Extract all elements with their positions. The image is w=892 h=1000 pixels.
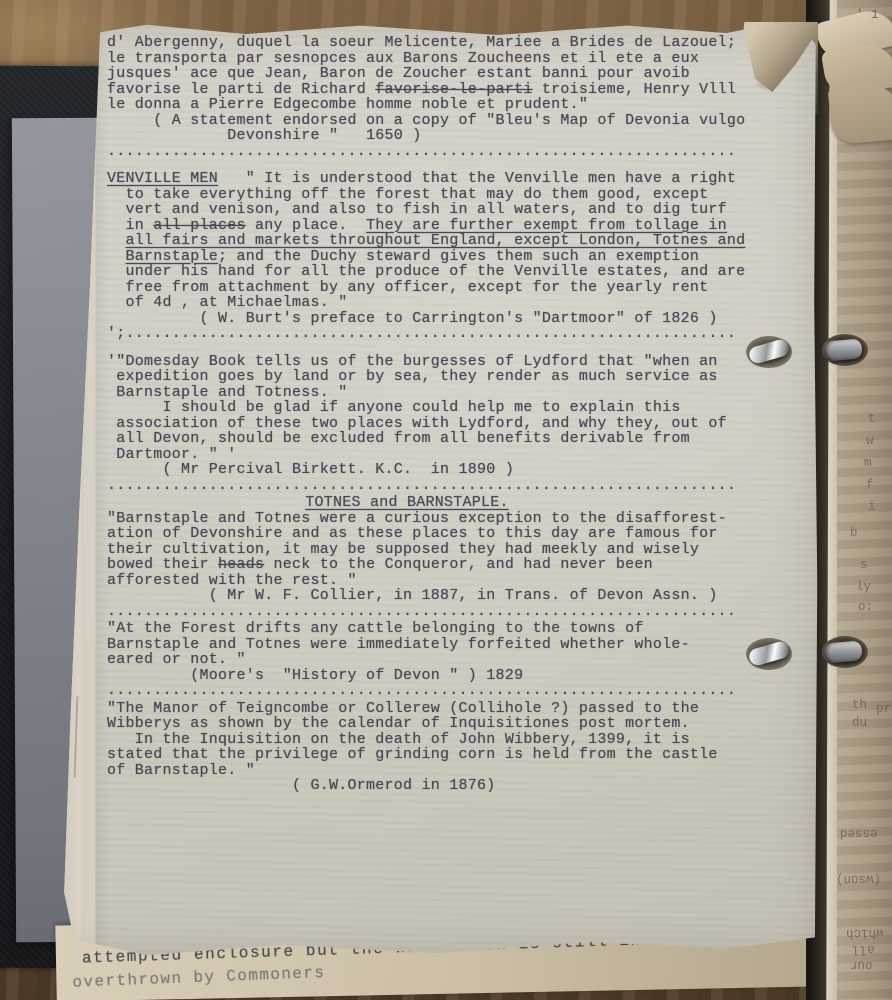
- text-segment: troisieme, Henry Vlll: [533, 81, 737, 98]
- text-segment: d' Abergenny, duquel la soeur Melicente,…: [107, 34, 736, 51]
- pencil-mark: [74, 696, 79, 778]
- page-fragment-text: (wson): [836, 872, 881, 886]
- text-line: expedition goes by land or by sea, they …: [107, 369, 797, 385]
- page-fragment-text: b: [850, 526, 858, 540]
- underlying-text-line: overthrown by Commoners: [72, 964, 326, 992]
- text-line: ( G.W.Ormerod in 1876): [107, 778, 797, 794]
- dotted-separator: ........................................…: [107, 604, 797, 620]
- page-stack-torn-layer: [828, 81, 892, 145]
- paragraph: "Barnstaple and Totnes were a curious ex…: [107, 511, 797, 604]
- text-line: of Barnstaple. ": [107, 763, 797, 779]
- struck-through-text: heads: [218, 556, 264, 573]
- dotted-separator: ........................................…: [107, 478, 797, 494]
- text-segment: afforested with the rest. ": [107, 572, 357, 589]
- text-segment: under his hand for all the produce of th…: [107, 263, 745, 280]
- page-fragment-text: pr: [876, 702, 891, 716]
- text-line: In the Inquisition on the death of John …: [107, 732, 797, 748]
- text-line: their cultivation, it may be supposed th…: [107, 542, 797, 558]
- typewritten-page: d' Abergenny, duquel la soeur Melicente,…: [55, 20, 818, 958]
- text-line: Dartmoor. " ': [107, 447, 797, 463]
- dotted-separator: ........................................…: [107, 683, 797, 699]
- text-line: vert and venison, and also to fish in al…: [107, 202, 797, 218]
- ring-post-icon: [823, 338, 863, 361]
- text-line: Barnstaple and Totness. ": [107, 385, 797, 401]
- underlined-text: VENVILLE MEN: [107, 170, 218, 187]
- page-fragment-text: m: [864, 456, 872, 470]
- text-line: (Moore's "History of Devon " ) 1829: [107, 668, 797, 684]
- text-line: of 4d , at Michaelmas. ": [107, 295, 797, 311]
- text-line: VENVILLE MEN " It is understood that the…: [107, 171, 797, 187]
- text-segment: le donna a Pierre Edgecombe homme noble …: [107, 96, 588, 113]
- text-segment: ( A statement endorsed on a copy of "Ble…: [107, 112, 745, 129]
- typewritten-text: d' Abergenny, duquel la soeur Melicente,…: [107, 35, 797, 794]
- text-line: afforested with the rest. ": [107, 573, 797, 589]
- paragraph: '"Domesday Book tells us of the burgesse…: [107, 354, 797, 478]
- page-fragment-text: essed: [840, 826, 878, 840]
- text-line: Barnstaple; and the Duchy steward gives …: [107, 249, 797, 265]
- text-line: jusques' ace que Jean, Baron de Zoucher …: [107, 66, 797, 82]
- page-fragment-text: du: [852, 716, 867, 730]
- text-segment: in: [107, 217, 153, 234]
- text-segment: ( Mr W. F. Collier, in 1887, in Trans. o…: [107, 587, 718, 604]
- text-segment: eared or not. ": [107, 651, 246, 668]
- text-segment: all Devon, should be excluded from all b…: [107, 430, 690, 447]
- photo-of-document: attempted enclosure but the wall which i…: [0, 0, 892, 1000]
- text-segment: of 4d , at Michaelmas. ": [107, 294, 348, 311]
- text-line: I should be glad if anyone could help me…: [107, 400, 797, 416]
- text-segment: association of these two places with Lyd…: [107, 415, 727, 432]
- text-line: Devonshire " 1650 ): [107, 128, 797, 144]
- text-segment: Barnstaple and Totnes were immediately f…: [107, 636, 690, 653]
- text-segment: their cultivation, it may be supposed th…: [107, 541, 699, 558]
- text-line: le transporta par sesnopces aux Barons Z…: [107, 51, 797, 67]
- text-segment: '"Domesday Book tells us of the burgesse…: [107, 353, 718, 370]
- text-segment: ( G.W.Ormerod in 1876): [107, 777, 496, 794]
- text-segment: free from attachment by any officer, exc…: [107, 279, 708, 296]
- text-segment: [107, 248, 126, 265]
- paragraph: "The Manor of Teigncombe or Collerew (Co…: [107, 701, 797, 794]
- text-segment: In the Inquisition on the death of John …: [107, 731, 690, 748]
- page-fragment-text: o:: [858, 600, 873, 614]
- section-heading: TOTNES and BARNSTAPLE.: [107, 495, 797, 511]
- text-segment: Devonshire " 1650 ): [107, 127, 422, 144]
- text-line: ( W. Burt's preface to Carrington's "Dar…: [107, 311, 797, 327]
- text-segment: of Barnstaple. ": [107, 762, 255, 779]
- text-segment: expedition goes by land or by sea, they …: [107, 368, 718, 385]
- underlined-text: They are further exempt from tollage in: [366, 217, 727, 234]
- text-segment: stated that the privilege of grinding co…: [107, 746, 718, 763]
- dotted-separator: ........................................…: [107, 144, 797, 160]
- text-segment: le transporta par sesnopces aux Barons Z…: [107, 50, 699, 67]
- page-fragment-text: t: [868, 412, 876, 426]
- page-stack-body: [837, 0, 892, 1000]
- text-line: eared or not. ": [107, 652, 797, 668]
- page-fragment-text: w: [866, 434, 874, 448]
- text-line: ( Mr W. F. Collier, in 1887, in Trans. o…: [107, 588, 797, 604]
- binder-ring: [746, 638, 792, 670]
- text-line: stated that the privilege of grinding co…: [107, 747, 797, 763]
- text-segment: ; and the Duchy steward gives them such …: [218, 248, 699, 265]
- binder-ring: [746, 336, 792, 368]
- text-line: in all places any place. They are furthe…: [107, 218, 797, 234]
- text-segment: "Barnstaple and Totnes were a curious ex…: [107, 510, 727, 527]
- text-line: all fairs and markets throughout England…: [107, 233, 797, 249]
- text-segment: (Moore's "History of Devon " ) 1829: [107, 667, 523, 684]
- text-line: le donna a Pierre Edgecombe homme noble …: [107, 97, 797, 113]
- text-segment: I should be glad if anyone could help me…: [107, 399, 681, 416]
- text-segment: Barnstaple and Totness. ": [107, 384, 348, 401]
- text-segment: Wibberys as shown by the calendar of Inq…: [107, 715, 690, 732]
- text-line: to take everything off the forest that m…: [107, 187, 797, 203]
- text-line: ( A statement endorsed on a copy of "Ble…: [107, 113, 797, 129]
- binder-ring: [822, 334, 868, 366]
- text-line: ation of Devonshire and as these places …: [107, 526, 797, 542]
- text-line: association of these two places with Lyd…: [107, 416, 797, 432]
- ring-post-icon: [823, 640, 863, 663]
- page-fragment-text: th: [852, 698, 867, 712]
- text-segment: to take everything off the forest that m…: [107, 186, 708, 203]
- paragraph: d' Abergenny, duquel la soeur Melicente,…: [107, 35, 797, 144]
- text-segment: ( W. Burt's preface to Carrington's "Dar…: [107, 310, 718, 327]
- text-segment: "The Manor of Teigncombe or Collerew (Co…: [107, 700, 699, 717]
- text-segment: neck to the Conqueror, and had never bee…: [264, 556, 653, 573]
- text-segment: vert and venison, and also to fish in al…: [107, 201, 727, 218]
- underlined-text: all fairs and markets throughout England…: [126, 232, 746, 249]
- text-segment: " It is understood that the Venville men…: [218, 170, 736, 187]
- text-segment: ( Mr Percival Birkett. K.C. in 1890 ): [107, 461, 514, 478]
- page-fragment-text: f: [866, 478, 874, 492]
- text-segment: favorise le parti de Richard: [107, 81, 375, 98]
- text-segment: [107, 232, 126, 249]
- page-fragment-text: i: [868, 500, 876, 514]
- text-line: "At the Forest drifts any cattle belongi…: [107, 621, 797, 637]
- paragraph: VENVILLE MEN " It is understood that the…: [107, 171, 797, 326]
- text-line: Wibberys as shown by the calendar of Inq…: [107, 716, 797, 732]
- page-fragment-text: ' 1: [856, 8, 879, 22]
- underlined-text: Barnstaple: [126, 248, 219, 265]
- page-fragment-text: all: [852, 942, 875, 956]
- text-segment: jusques' ace que Jean, Baron de Zoucher …: [107, 65, 690, 82]
- text-line: d' Abergenny, duquel la soeur Melicente,…: [107, 35, 797, 51]
- section-heading-label: TOTNES and BARNSTAPLE.: [305, 494, 509, 511]
- text-segment: "At the Forest drifts any cattle belongi…: [107, 620, 644, 637]
- text-line: bowed their heads neck to the Conqueror,…: [107, 557, 797, 573]
- paragraph: "At the Forest drifts any cattle belongi…: [107, 621, 797, 683]
- struck-through-text: favorise-le-parti: [375, 81, 532, 98]
- page-fragment-text: ly: [856, 580, 871, 594]
- text-segment: any place.: [246, 217, 366, 234]
- text-line: "The Manor of Teigncombe or Collerew (Co…: [107, 701, 797, 717]
- binder-ring: [822, 636, 868, 668]
- dotted-separator: ';......................................…: [107, 326, 797, 342]
- page-stack: twmfibslyo:Withdupressed(wson)whichallou…: [806, 0, 892, 1000]
- page-fragment-text: our: [850, 958, 873, 972]
- text-segment: ation of Devonshire and as these places …: [107, 525, 718, 542]
- text-line: Barnstaple and Totnes were immediately f…: [107, 637, 797, 653]
- page-fragment-text: s: [860, 558, 868, 572]
- text-line: '"Domesday Book tells us of the burgesse…: [107, 354, 797, 370]
- text-segment: bowed their: [107, 556, 218, 573]
- text-line: "Barnstaple and Totnes were a curious ex…: [107, 511, 797, 527]
- text-segment: Dartmoor. " ': [107, 446, 237, 463]
- text-line: favorise le parti de Richard favorise-le…: [107, 82, 797, 98]
- text-line: free from attachment by any officer, exc…: [107, 280, 797, 296]
- struck-through-text: all places: [153, 217, 246, 234]
- page-fragment-text: which: [846, 926, 884, 940]
- text-line: ( Mr Percival Birkett. K.C. in 1890 ): [107, 462, 797, 478]
- text-line: under his hand for all the produce of th…: [107, 264, 797, 280]
- text-line: all Devon, should be excluded from all b…: [107, 431, 797, 447]
